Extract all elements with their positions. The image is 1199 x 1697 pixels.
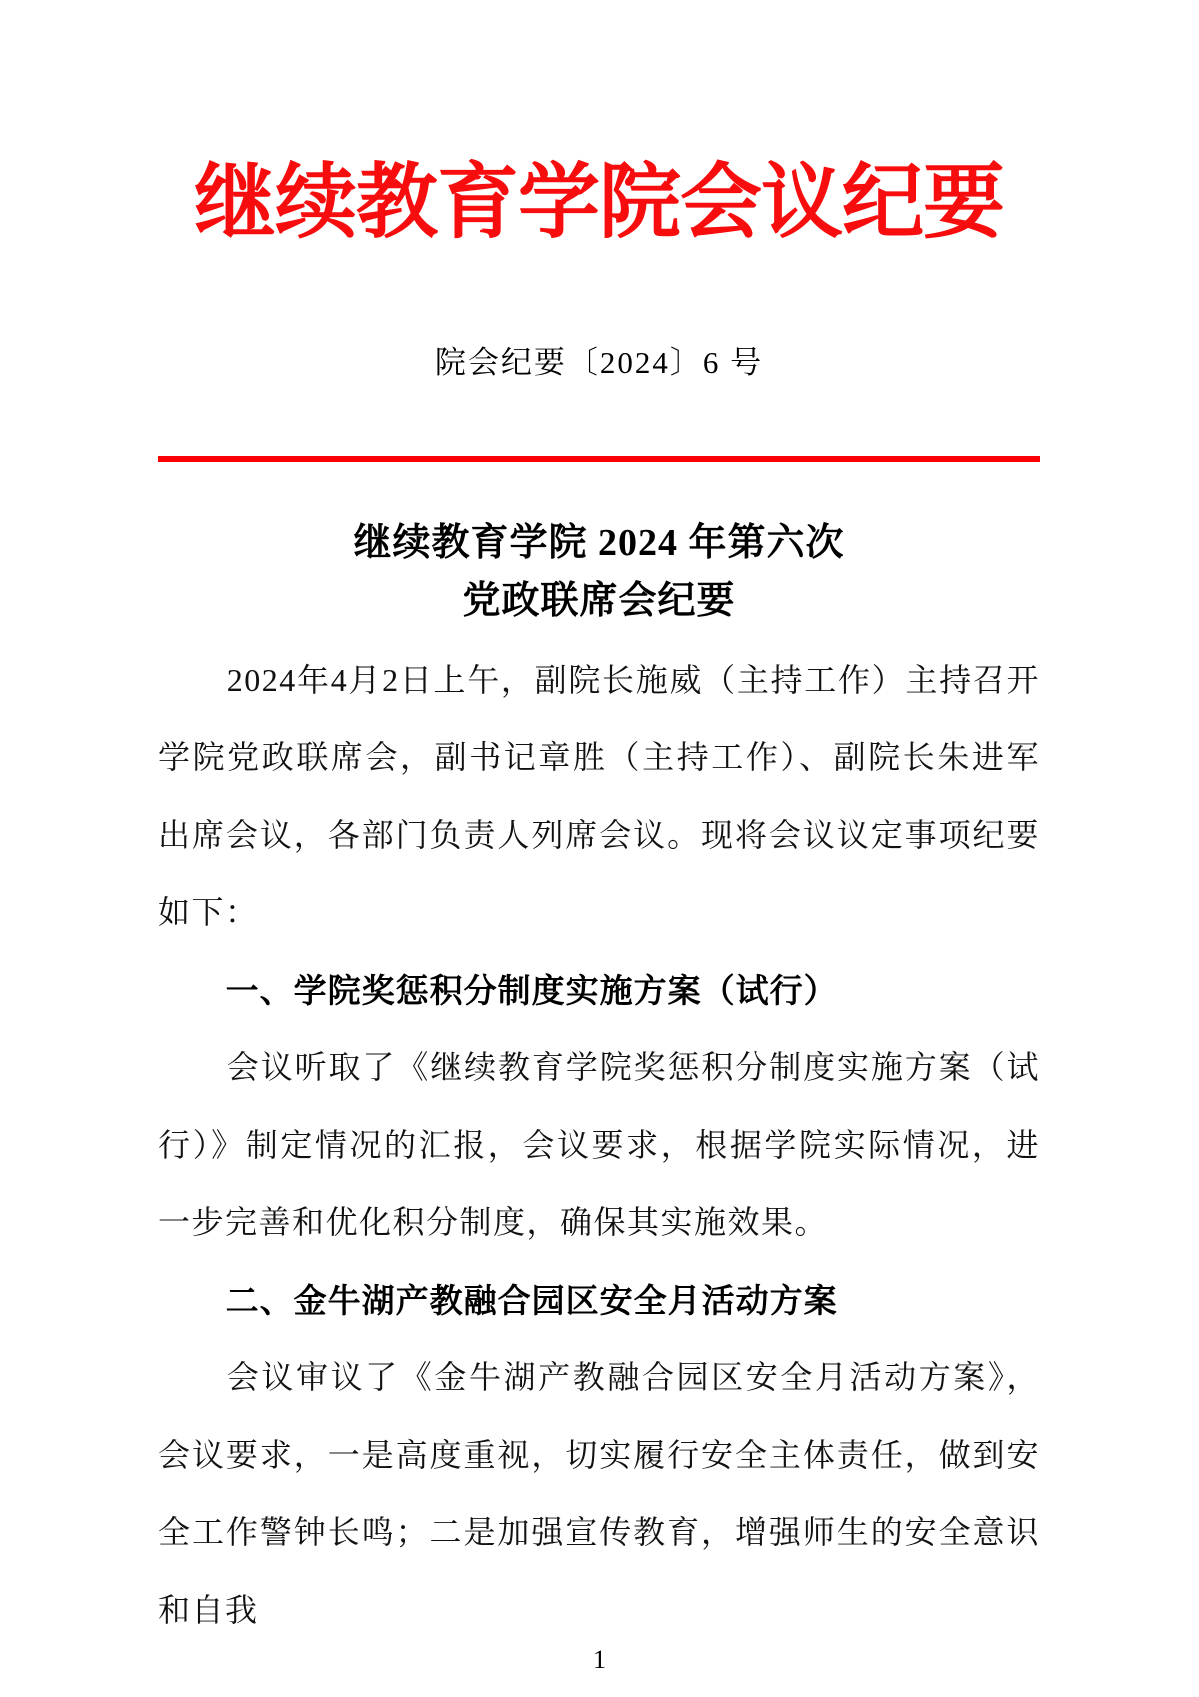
document-content: 继续教育学院会议纪要 院会纪要〔2024〕6 号 继续教育学院 2024 年第六… — [0, 0, 1199, 1649]
red-divider-rule — [158, 456, 1040, 462]
meeting-title-line-2: 党政联席会纪要 — [158, 572, 1040, 630]
meeting-title-line-1: 继续教育学院 2024 年第六次 — [158, 514, 1040, 572]
section-2-body: 会议审议了《金牛湖产教融合园区安全月活动方案》，会议要求，一是高度重视，切实履行… — [158, 1339, 1040, 1649]
section-1-body: 会议听取了《继续教育学院奖惩积分制度实施方案（试行）》制定情况的汇报，会议要求，… — [158, 1029, 1040, 1262]
red-banner-title: 继续教育学院会议纪要 — [158, 0, 1040, 255]
intro-paragraph: 2024年4月2日上午，副院长施威（主持工作）主持召开学院党政联席会，副书记章胜… — [158, 642, 1040, 952]
page-number: 1 — [0, 1645, 1199, 1675]
section-1-heading: 一、学院奖惩积分制度实施方案（试行） — [158, 952, 1040, 1030]
meeting-title: 继续教育学院 2024 年第六次 党政联席会纪要 — [158, 514, 1040, 630]
section-2-heading: 二、金牛湖产教融合园区安全月活动方案 — [158, 1262, 1040, 1340]
document-body: 2024年4月2日上午，副院长施威（主持工作）主持召开学院党政联席会，副书记章胜… — [158, 642, 1040, 1650]
document-page: 继续教育学院会议纪要 院会纪要〔2024〕6 号 继续教育学院 2024 年第六… — [0, 0, 1199, 1697]
document-number: 院会纪要〔2024〕6 号 — [158, 337, 1040, 382]
